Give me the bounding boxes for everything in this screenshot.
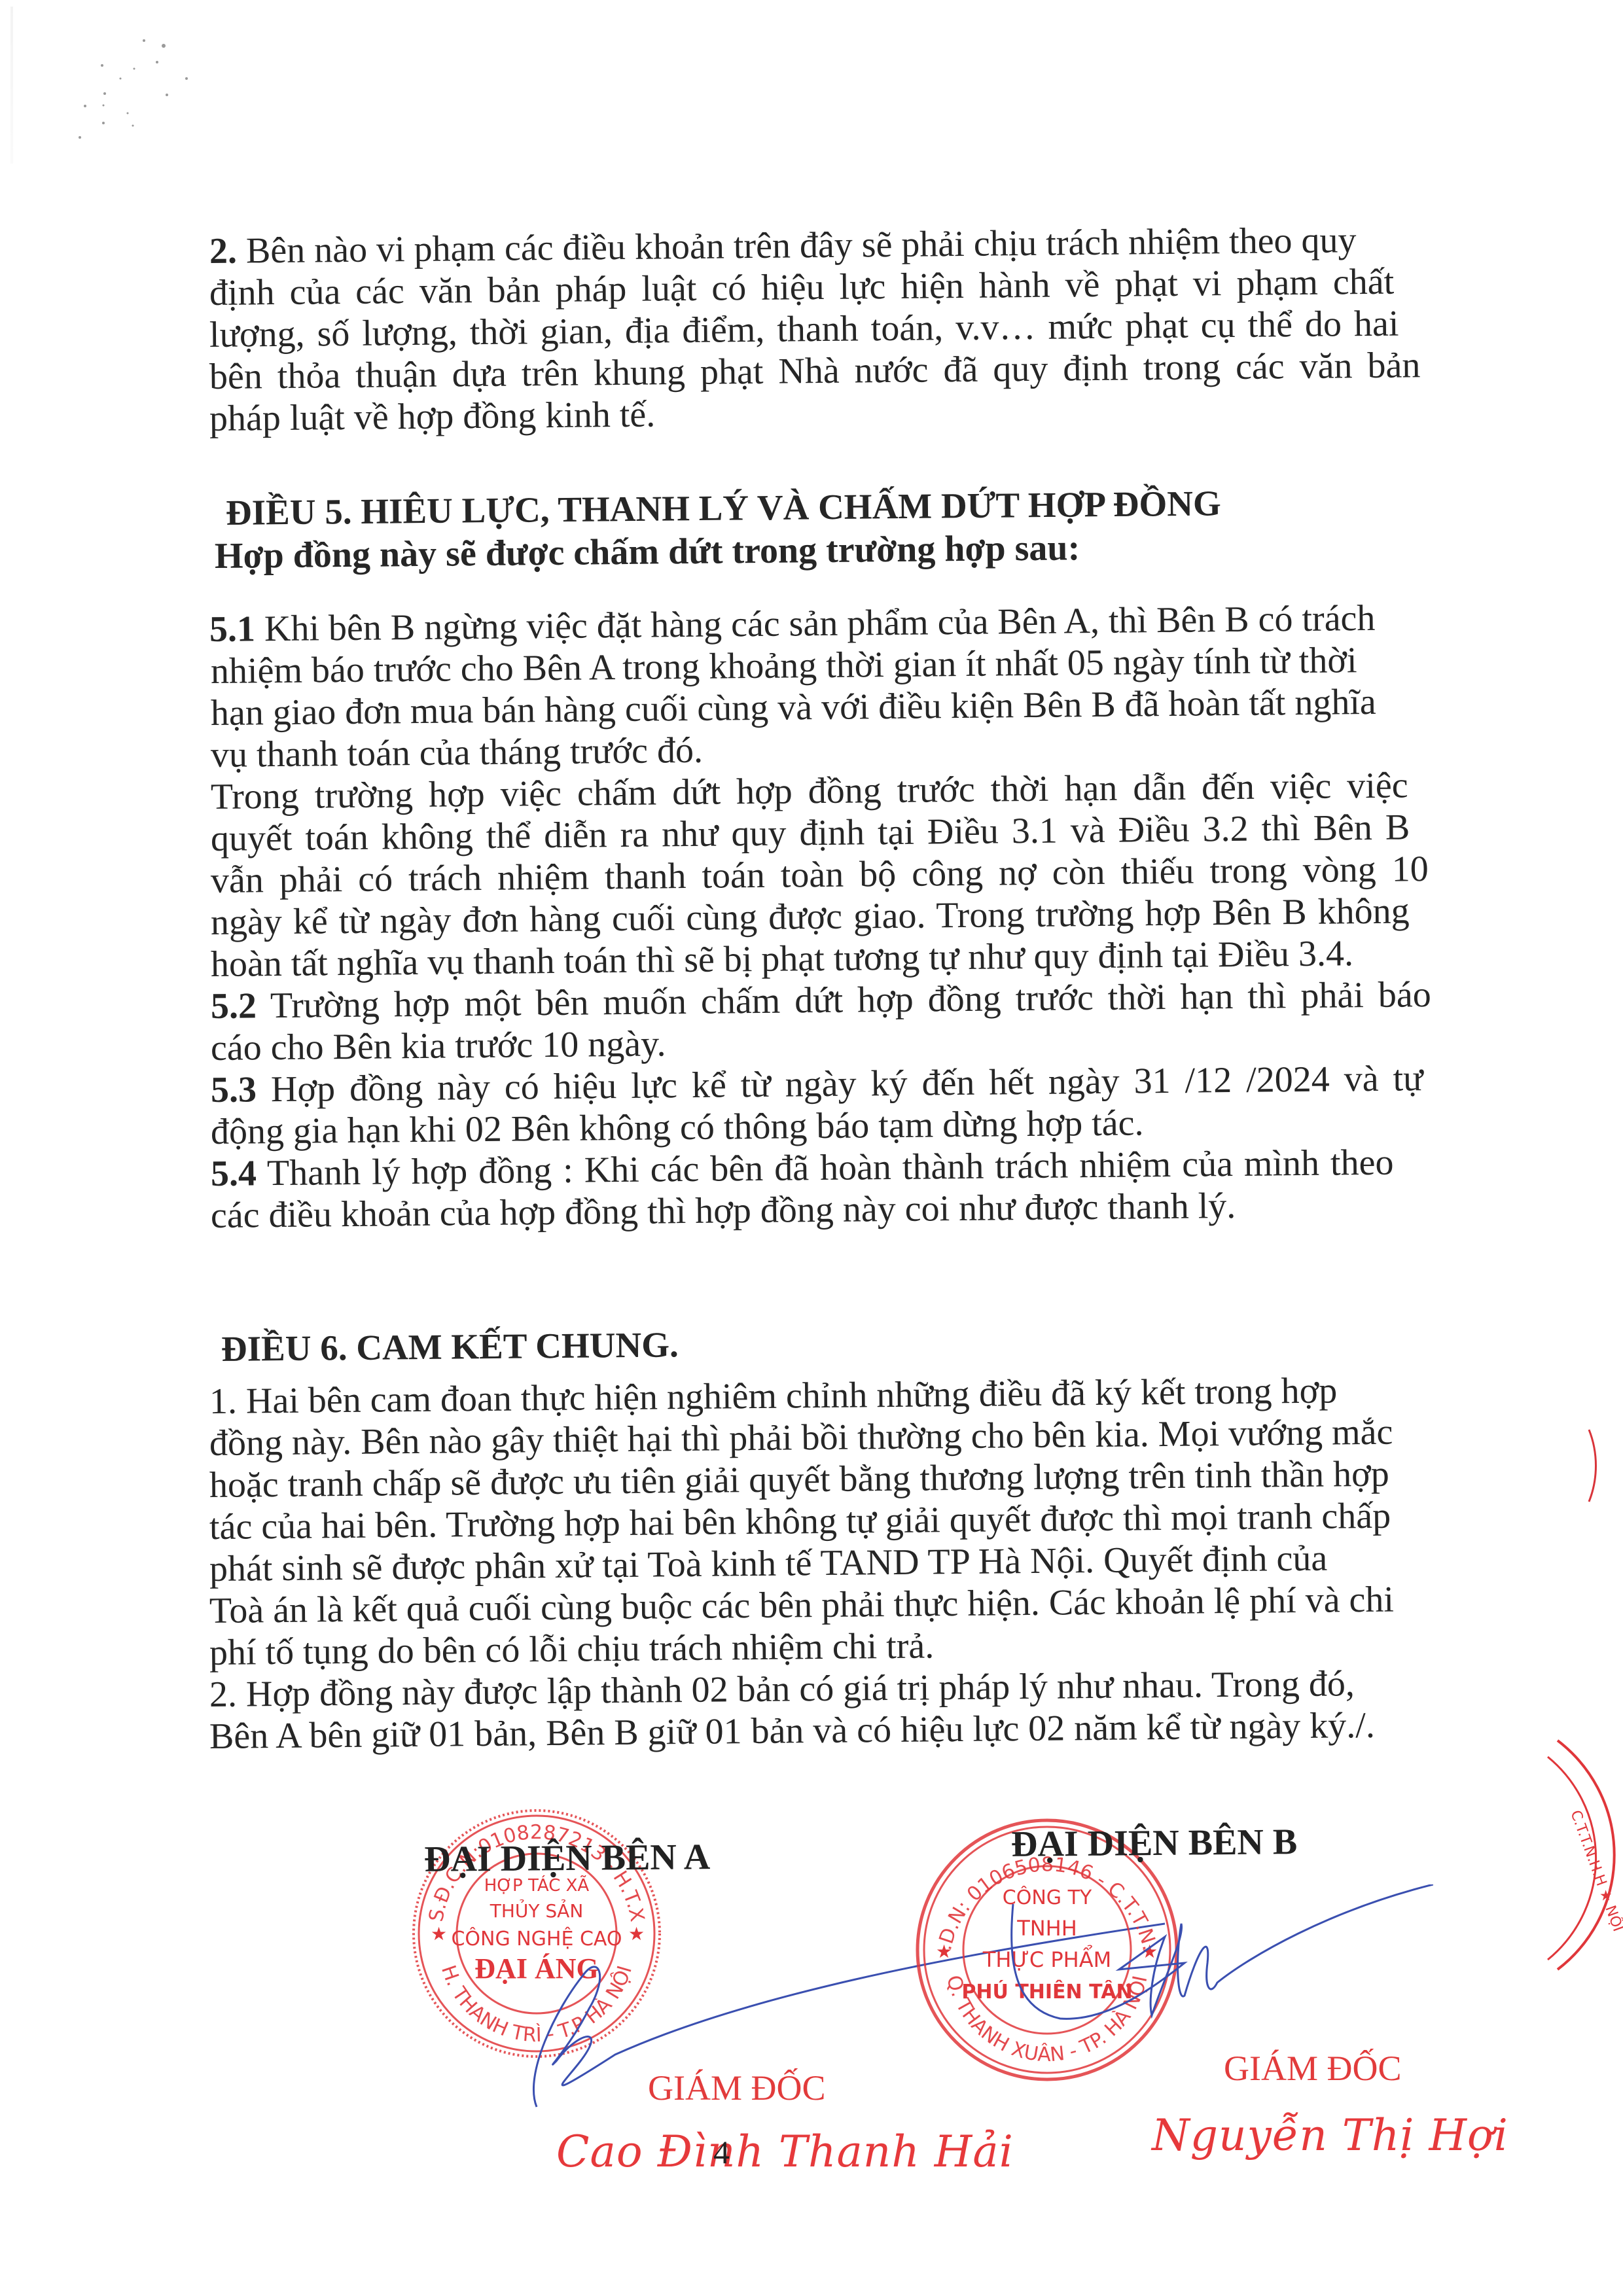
signature-party-b	[988, 1884, 1433, 2041]
article-6-title: ĐIỀU 6. CAM KẾT CHUNG.	[221, 1324, 679, 1370]
clause-5-4-line: các điều khoản của hợp đồng thì hợp đồng…	[211, 1185, 1236, 1237]
party-a-role: GIÁM ĐỐC	[648, 2068, 826, 2108]
clause-number: 2.	[209, 231, 238, 272]
party-b-role: GIÁM ĐỐC	[1224, 2048, 1402, 2089]
article-6-line: phí tố tụng do bên có lỗi chịu trách nhi…	[209, 1625, 935, 1674]
party-a-name: Cao Đình Thanh Hải	[556, 2127, 1014, 2177]
scan-edge-artifact	[10, 7, 13, 164]
article-5-title: ĐIỀU 5. HIÊU LỰC, THANH LÝ VÀ CHẤM DỨT H…	[226, 482, 1221, 534]
clause-number: 5.1	[209, 609, 256, 650]
party-b-name: Nguyễn Thị Hợi	[1152, 2110, 1508, 2161]
page-number: 4	[713, 2133, 730, 2171]
edge-stamp-partial: C.T.T.N.H.H ★ NỘI	[1544, 1727, 1623, 1976]
party-a-label: ĐẠI DIỆN BÊN A	[424, 1836, 711, 1881]
clause-number: 5.2	[211, 985, 257, 1027]
clause-5-2-line: cáo cho Bên kia trước 10 ngày.	[211, 1023, 666, 1069]
svg-text:★: ★	[431, 1924, 447, 1945]
edge-stamp-arc	[1584, 1426, 1610, 1505]
clause-number: 5.4	[211, 1153, 257, 1194]
penalty-clause-line: pháp luật về hợp đồng kinh tế.	[209, 393, 656, 440]
document-page: 2. Bên nào vi phạm các điều khoản trên đ…	[0, 0, 1623, 2296]
article-5-subtitle: Hợp đồng này sẽ được chấm dứt trong trườ…	[215, 527, 1080, 577]
svg-text:★: ★	[936, 1942, 952, 1962]
clause-number: 5.3	[211, 1069, 257, 1110]
clause-5-1-line: vụ thanh toán của tháng trước đó.	[211, 730, 704, 776]
scan-specks-artifact	[72, 36, 203, 141]
party-b-label: ĐẠI DIỆN BÊN B	[1011, 1821, 1298, 1865]
